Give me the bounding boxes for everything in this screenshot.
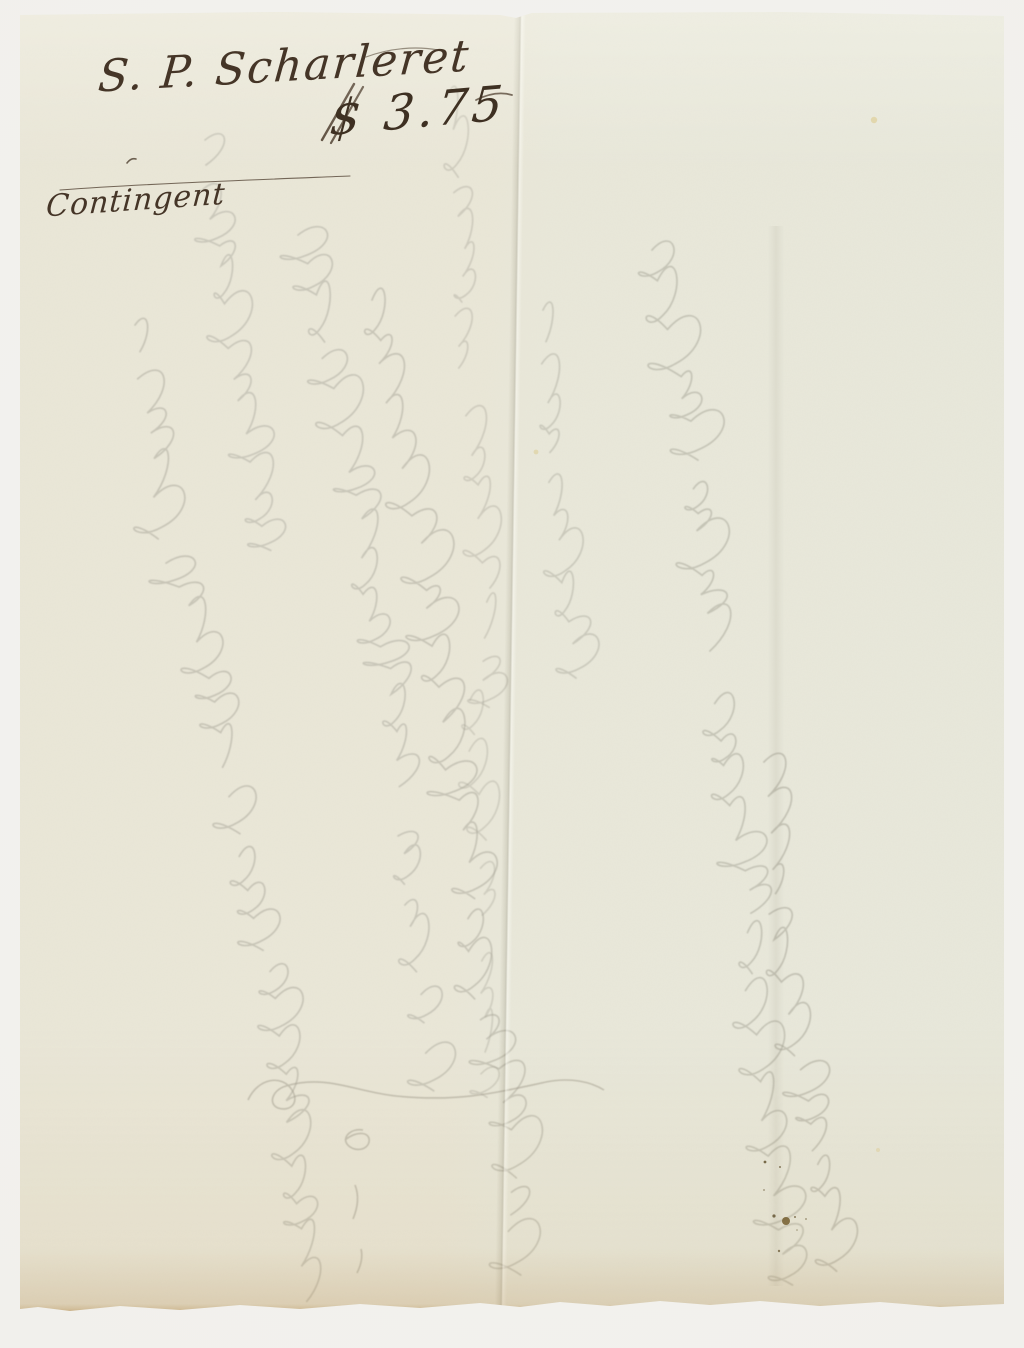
ink-specks [763, 1161, 807, 1253]
vertical-fold-crease [495, 11, 526, 1313]
deckled-bottom-edge [20, 1304, 1004, 1313]
bleedthrough-column [764, 753, 858, 1271]
bleedthrough-column [134, 318, 321, 1301]
bleedthrough-column [280, 227, 455, 1091]
foxing-spots [534, 117, 880, 1152]
bleedthrough-column [540, 302, 599, 678]
bleedthrough-column [459, 690, 500, 1097]
bleedthrough-flourishes [248, 1080, 604, 1273]
handwritten-category-label: Contingent [45, 177, 227, 225]
scan-background: S. P. Scharleret $ 3.75 Contingent [0, 0, 1024, 1348]
soft-fold-shadow [768, 226, 784, 1286]
document-paper: S. P. Scharleret $ 3.75 Contingent [20, 11, 1004, 1313]
bleedthrough-column [444, 86, 507, 707]
bleedthrough-column [639, 241, 807, 1285]
bleedthrough-column [365, 288, 543, 1275]
